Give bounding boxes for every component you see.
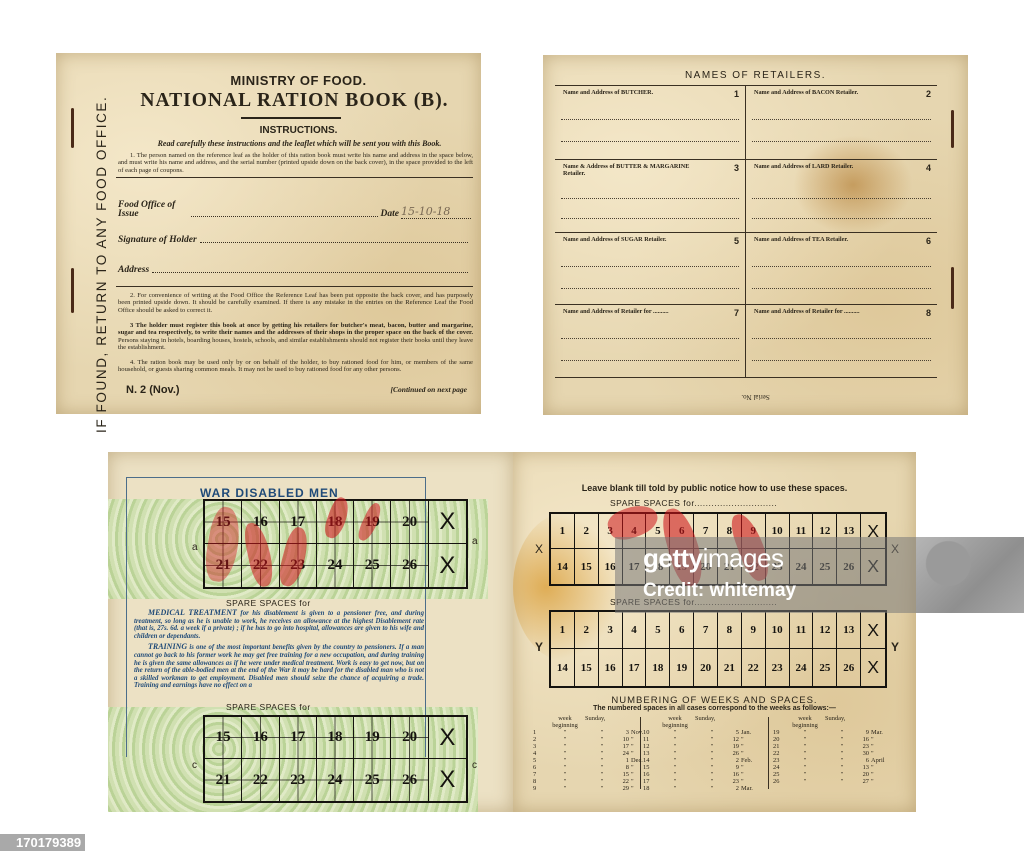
instruction-3-rest: Persons staying in hotels, boarding hous… [118, 337, 473, 351]
coupon-cell[interactable]: 17 [623, 649, 647, 686]
spare-spaces-label: SPARE SPACES for [226, 702, 311, 712]
week-row: 18""2Mar. [643, 785, 767, 792]
instructions-heading: INSTRUCTIONS. [116, 125, 481, 136]
coupon-grid-c: 151617181920X212223242526X [203, 715, 468, 803]
coupon-cell[interactable]: 2 [575, 612, 599, 649]
retailer-number: 2 [926, 89, 931, 99]
retailer-label: Name and Address of LARD Retailer. [754, 163, 853, 173]
logo-bold: getty [643, 543, 703, 573]
coupon-cell[interactable]: 23 [280, 759, 317, 801]
spare-spaces-label: SPARE SPACES for [226, 598, 311, 608]
retailer-label: Name and Address of TEA Retailer. [754, 236, 848, 246]
retailer-label: Name and Address of Retailer for .......… [563, 308, 669, 318]
image-id-badge: 170179389 [0, 834, 85, 851]
coupon-cell[interactable]: 1 [551, 612, 575, 649]
coupon-cell[interactable]: 15 [205, 501, 242, 544]
week-header: week beginningSunday, [773, 715, 897, 729]
retailer-number: 6 [926, 236, 931, 246]
coupon-cell[interactable]: 21 [205, 544, 242, 587]
coupon-grid-a: 151617181920X212223242526X [203, 499, 468, 589]
week-row: 1""3Nov. [533, 729, 657, 736]
date-label: Date [381, 209, 399, 219]
coupon-cell[interactable]: 21 [205, 759, 242, 801]
instruction-1: 1. The person named on the reference lea… [118, 152, 473, 174]
coupon-cell[interactable]: 7 [694, 612, 718, 649]
signature-label: Signature of Holder [118, 235, 197, 245]
coupon-cell[interactable]: 24 [790, 649, 814, 686]
retailer-number: 4 [926, 163, 931, 173]
week-header: week beginningSunday, [643, 715, 767, 729]
coupon-cell[interactable]: 25 [813, 649, 837, 686]
staple [951, 110, 954, 148]
row-letter-a: a [472, 536, 478, 547]
credit-line: Credit: whitemay [643, 580, 796, 602]
coupon-cell[interactable]: 22 [742, 649, 766, 686]
cancel-x-cell[interactable]: X [861, 649, 885, 686]
instruction-3-bold: 3 The holder must register this book at … [118, 322, 473, 336]
week-row: 17""23" [643, 778, 767, 785]
week-row: 13""26" [643, 750, 767, 757]
instruction-4: 4. The ration book may be used only by o… [118, 359, 473, 374]
coupon-cell[interactable]: 26 [391, 544, 428, 587]
retailer-butter-margarine[interactable]: Name & Address of BUTTER & MARGARINE Ret… [555, 159, 746, 232]
week-row: 9""29" [533, 785, 657, 792]
coupon-cell[interactable]: 14 [551, 649, 575, 686]
coupon-cell[interactable]: 26 [391, 759, 428, 801]
title-rule [241, 117, 341, 119]
watermark-graphic [916, 537, 1024, 613]
coupon-cell[interactable]: 15 [575, 649, 599, 686]
form-code: N. 2 (Nov.) [126, 384, 180, 396]
week-row: 22""30" [773, 750, 897, 757]
write-line[interactable] [561, 218, 739, 219]
coupon-cell[interactable]: 17 [280, 717, 317, 759]
coupon-cell[interactable]: 3 [599, 612, 623, 649]
address-field[interactable]: Address [118, 265, 471, 275]
retailer-number: 7 [734, 308, 739, 318]
logo-light: images [703, 543, 784, 573]
names-of-retailers-page: NAMES OF RETAILERS. Name and Address of … [543, 55, 968, 415]
coupon-cell[interactable]: 19 [354, 501, 391, 544]
coupon-cell[interactable]: 10 [766, 612, 790, 649]
write-line[interactable] [752, 338, 931, 339]
week-row: 19""9Mar. [773, 729, 897, 736]
retailer-other-7[interactable]: Name and Address of Retailer for .......… [555, 304, 746, 377]
retailer-other-8[interactable]: Name and Address of Retailer for .......… [746, 304, 937, 377]
coupon-cell[interactable]: 19 [354, 717, 391, 759]
week-row: 7""15" [533, 771, 657, 778]
week-row: 6""8" [533, 764, 657, 771]
divider [116, 177, 473, 178]
divider [116, 286, 473, 287]
write-line[interactable] [561, 338, 739, 339]
retailer-sugar[interactable]: Name and Address of SUGAR Retailer.5 [555, 232, 746, 305]
ministry-heading: MINISTRY OF FOOD. [116, 73, 481, 88]
instruction-3: 3 The holder must register this book at … [118, 322, 473, 352]
food-office-label: Food Office of Issue [118, 201, 188, 219]
retailer-tea[interactable]: Name and Address of TEA Retailer.6 [746, 232, 937, 305]
column-divider [768, 717, 769, 789]
cancel-x-cell[interactable]: X [429, 544, 466, 587]
week-table-col-3: week beginningSunday,19""9Mar.20""16"21"… [773, 715, 897, 785]
signature-field[interactable]: Signature of Holder [118, 235, 471, 245]
read-carefully-note: Read carefully these instructions and th… [126, 139, 473, 148]
coupon-cell[interactable]: 26 [837, 649, 861, 686]
book-title: NATIONAL RATION BOOK (B). [116, 90, 473, 112]
coupon-cell[interactable]: 5 [646, 612, 670, 649]
week-row: 10""5Jan. [643, 729, 767, 736]
write-line[interactable] [752, 198, 931, 199]
retailer-label: Name and Address of Retailer for .......… [754, 308, 860, 318]
retailer-lard[interactable]: Name and Address of LARD Retailer.4 [746, 159, 937, 232]
coupon-cell[interactable]: 15 [575, 549, 599, 584]
food-office-field[interactable]: Food Office of Issue Date 15-10-18 [118, 201, 471, 219]
week-row: 14""2Feb. [643, 757, 767, 764]
week-row: 11""12" [643, 736, 767, 743]
week-row: 12""19" [643, 743, 767, 750]
spine-return-notice: IF FOUND, RETURN TO ANY FOOD OFFICE. [94, 96, 109, 433]
week-row: 16""16" [643, 771, 767, 778]
training-lead: TRAINING [148, 642, 187, 651]
coupon-cell[interactable]: 20 [391, 501, 428, 544]
cancel-x-cell[interactable]: X [429, 759, 466, 801]
coupon-cell[interactable]: 19 [670, 649, 694, 686]
coupon-cell[interactable]: 21 [718, 649, 742, 686]
coupon-cell[interactable]: 20 [694, 649, 718, 686]
coupon-cell[interactable]: 6 [670, 612, 694, 649]
coupon-cell[interactable]: 1 [551, 514, 575, 549]
coupon-cell[interactable]: 15 [205, 717, 242, 759]
medical-lead: MEDICAL TREATMENT [148, 608, 237, 617]
coupon-cell[interactable]: 8 [718, 612, 742, 649]
write-line[interactable] [561, 198, 739, 199]
week-row: 26""27" [773, 778, 897, 785]
serial-number-label: Serial No. [543, 393, 968, 401]
week-row: 5""1Dec. [533, 757, 657, 764]
food-office-line[interactable] [191, 216, 378, 217]
week-row: 25""20" [773, 771, 897, 778]
date-value[interactable]: 15-10-18 [401, 205, 471, 219]
coupon-cell[interactable]: 25 [354, 759, 391, 801]
spare-spaces-label: SPARE SPACES for........................… [610, 498, 777, 508]
coupon-cell[interactable]: 24 [317, 544, 354, 587]
coupon-cell[interactable]: 23 [766, 649, 790, 686]
write-line[interactable] [752, 288, 931, 289]
retailer-number: 8 [926, 308, 931, 318]
continued-note: [Continued on next page [391, 385, 467, 394]
cancel-x-cell[interactable]: X [429, 717, 466, 759]
coupon-page-left: WAR DISABLED MEN a a 151617181920X212223… [108, 452, 513, 812]
write-line[interactable] [752, 141, 931, 142]
medical-treatment-text: MEDICAL TREATMENT for his disablement is… [134, 609, 424, 690]
write-line[interactable] [561, 119, 739, 120]
row-letter-y: Y [891, 640, 899, 654]
address-line[interactable] [152, 272, 468, 273]
week-row: 20""16" [773, 736, 897, 743]
staple [71, 268, 74, 313]
signature-line[interactable] [200, 242, 468, 243]
war-disabled-banner: WAR DISABLED MEN [200, 486, 339, 500]
week-row: 24""13" [773, 764, 897, 771]
ration-book-cover: IF FOUND, RETURN TO ANY FOOD OFFICE. MIN… [56, 53, 481, 414]
getty-logo: gettyimages [643, 543, 783, 574]
coupon-cell[interactable]: 18 [317, 501, 354, 544]
cancel-x-cell[interactable]: X [429, 501, 466, 544]
retailer-label: Name & Address of BUTTER & MARGARINE Ret… [563, 163, 713, 177]
row-letter-y: Y [535, 640, 543, 654]
getty-watermark: gettyimages Credit: whitemay [615, 537, 1024, 613]
row-letter-c: c [472, 760, 477, 771]
cancel-x-cell[interactable]: X [861, 612, 885, 649]
coupon-cell[interactable]: 20 [391, 717, 428, 759]
leave-blank-notice: Leave blank till told by public notice h… [513, 483, 916, 493]
week-row: 4""24" [533, 750, 657, 757]
write-line[interactable] [561, 360, 739, 361]
week-row: 2""10" [533, 736, 657, 743]
week-row: 15""9" [643, 764, 767, 771]
coupon-cell[interactable]: 25 [354, 544, 391, 587]
row-letter-a: a [192, 542, 198, 553]
week-row: 23""6April [773, 757, 897, 764]
write-line[interactable] [561, 288, 739, 289]
training-body: is one of the most important benefits gi… [134, 644, 424, 689]
row-letter-x: X [535, 542, 543, 556]
week-header: week beginningSunday, [533, 715, 657, 729]
coupon-cell[interactable]: 16 [242, 501, 279, 544]
week-row: 8""22" [533, 778, 657, 785]
coupon-cell[interactable]: 11 [790, 612, 814, 649]
row-letter-c: c [192, 760, 197, 771]
retailer-number: 1 [734, 89, 739, 99]
coupon-cell[interactable]: 17 [280, 501, 317, 544]
coupon-cell[interactable]: 4 [623, 612, 647, 649]
write-line[interactable] [752, 119, 931, 120]
staple [951, 267, 954, 309]
coupon-grid-y: 12345678910111213X1415161718192021222324… [549, 610, 887, 688]
coupon-cell[interactable]: 18 [646, 649, 670, 686]
retailer-number: 5 [734, 236, 739, 246]
retailer-butcher[interactable]: Name and Address of BUTCHER.1 [555, 86, 746, 159]
address-label: Address [118, 265, 149, 275]
retailers-heading: NAMES OF RETAILERS. [543, 70, 968, 81]
week-row: 21""23" [773, 743, 897, 750]
retailers-grid: Name and Address of BUTCHER.1 Name and A… [555, 85, 937, 378]
write-line[interactable] [752, 360, 931, 361]
coupon-cell[interactable]: 22 [242, 544, 279, 587]
write-line[interactable] [561, 141, 739, 142]
week-table-col-1: week beginningSunday,1""3Nov.2""10"3""17… [533, 715, 657, 792]
coupon-cell[interactable]: 22 [242, 759, 279, 801]
retailer-number: 3 [734, 163, 739, 177]
coupon-cell[interactable]: 13 [837, 612, 861, 649]
instruction-2: 2. For convenience of writing at the Foo… [118, 292, 473, 314]
coupon-cell[interactable]: 16 [242, 717, 279, 759]
retailer-label: Name and Address of SUGAR Retailer. [563, 236, 666, 246]
coupon-cell[interactable]: 2 [575, 514, 599, 549]
write-line[interactable] [561, 266, 739, 267]
coupon-cell[interactable]: 16 [599, 649, 623, 686]
coupon-cell[interactable]: 12 [813, 612, 837, 649]
retailer-label: Name and Address of BUTCHER. [563, 89, 653, 99]
staple [71, 108, 74, 148]
week-table-col-2: week beginningSunday,10""5Jan.11""12"12"… [643, 715, 767, 792]
coupon-cell[interactable]: 9 [742, 612, 766, 649]
coupon-cell[interactable]: 14 [551, 549, 575, 584]
retailer-bacon[interactable]: Name and Address of BACON Retailer.2 [746, 86, 937, 159]
numbering-subtitle: The numbered spaces in all cases corresp… [513, 705, 916, 712]
coupon-page-right: Leave blank till told by public notice h… [513, 452, 916, 812]
write-line[interactable] [752, 266, 931, 267]
retailer-label: Name and Address of BACON Retailer. [754, 89, 858, 99]
write-line[interactable] [752, 218, 931, 219]
coupon-cell[interactable]: 18 [317, 717, 354, 759]
week-row: 3""17" [533, 743, 657, 750]
coupon-cell[interactable]: 23 [280, 544, 317, 587]
coupon-cell[interactable]: 24 [317, 759, 354, 801]
